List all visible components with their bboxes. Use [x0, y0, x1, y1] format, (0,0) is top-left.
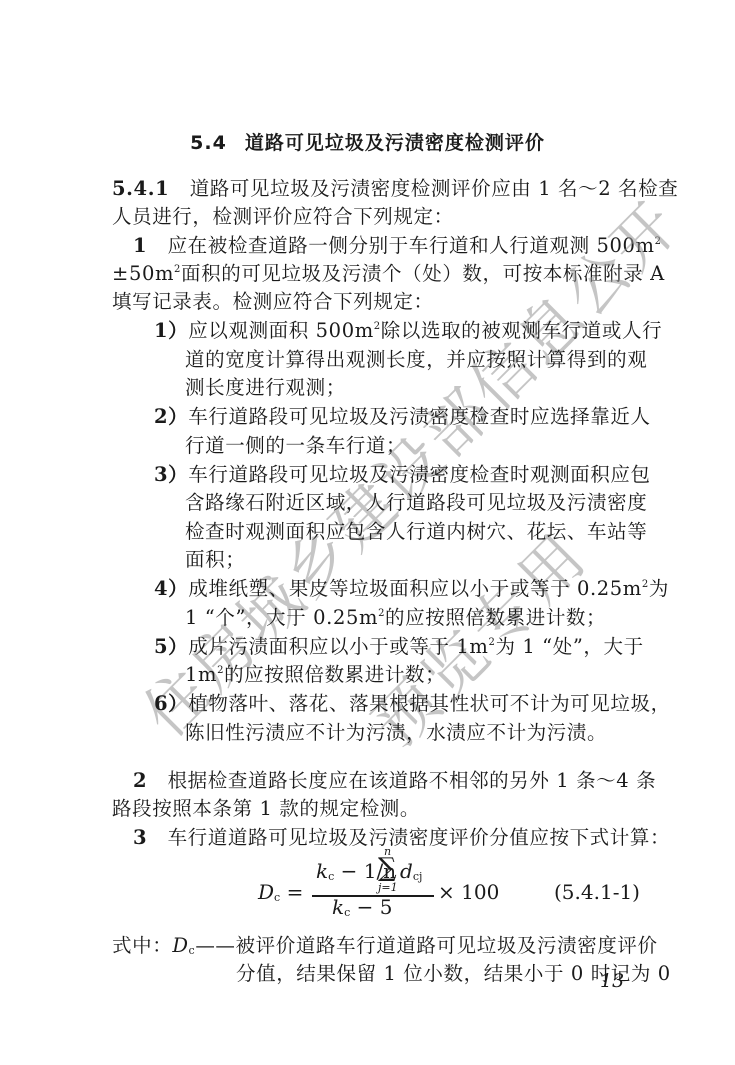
sub-item-text: 成堆纸塑、果皮等垃圾面积应以小于或等于 0.25m	[188, 577, 642, 600]
sub-item-label: 5）	[154, 635, 188, 658]
var-k: k	[316, 859, 328, 883]
section-title-text: 道路可见垃圾及污渍密度检测评价	[245, 132, 545, 154]
clause-line-1: 5.4.1 道路可见垃圾及污渍密度检测评价应由 1 名～2 名检查	[112, 176, 678, 202]
superscript: 2	[174, 264, 181, 275]
section-title: 5.4道路可见垃圾及污渍密度检测评价	[0, 128, 735, 155]
where-text-1: 被评价道路车行道道路可见垃圾及污渍密度评价	[236, 934, 658, 957]
sub-item-label: 6）	[154, 692, 188, 715]
sub-item-3-line-3: 检查时观测面积应包含人行道内树穴、花坛、车站等	[185, 519, 647, 545]
item2-text: 根据检查道路长度应在该道路不相邻的另外 1 条～4 条	[168, 769, 657, 792]
item1-number: 1	[133, 234, 147, 257]
sub-item-6-line-2: 陈旧性污渍应不计为污渍，水渍应不计为污渍。	[185, 720, 607, 746]
sub-item-text: 的应按照倍数累进计数；	[224, 663, 445, 686]
sub-item-label: 2）	[154, 405, 188, 428]
where-prefix: 式中：	[112, 934, 172, 957]
where-symbol: D	[172, 934, 188, 957]
formula: Dc = kc − 1/n n ∑ j=1 dcj kc − 5 × 100 (…	[258, 855, 678, 925]
sub-item-4-line-1: 4）成堆纸塑、果皮等垃圾面积应以小于或等于 0.25m2为	[154, 576, 669, 602]
sub-item-text: 植物落叶、落花、落果根据其性状可不计为可见垃圾，	[188, 692, 670, 715]
sub-item-text: 为	[649, 577, 669, 600]
item2-line-2: 路段按照本条第 1 款的规定检测。	[112, 796, 420, 822]
sub-item-2-line-1: 2）车行道路段可见垃圾及污渍密度检查时应选择靠近人	[154, 404, 651, 430]
sub-item-1-line-1: 1）应以观测面积 500m2除以选取的被观测车行道或人行	[154, 318, 662, 344]
superscript: 2	[378, 608, 385, 619]
item1-text: 应在被检查道路一侧分别于车行道和人行道观测 500m	[168, 234, 655, 257]
sub-item-text: 检查时观测面积应包含人行道内树穴、花坛、车站等	[185, 520, 647, 543]
sub-item-text: 测长度进行观测；	[185, 376, 346, 399]
sub-item-1-line-3: 测长度进行观测；	[185, 375, 346, 401]
sub-item-text: 车行道路段可见垃圾及污渍密度检查时应选择靠近人	[188, 405, 650, 428]
sub-item-text: 的应按照倍数累进计数；	[385, 606, 606, 629]
item3-text: 车行道道路可见垃圾及污渍密度评价分值应按下式计算：	[168, 826, 671, 849]
sub-c: c	[274, 891, 280, 904]
item2-line-1: 2 根据检查道路长度应在该道路不相邻的另外 1 条～4 条	[133, 768, 656, 794]
formula-lhs: Dc =	[258, 880, 303, 904]
sub-item-1-line-2: 道的宽度计算得出观测长度，并应按照计算得到的观	[185, 347, 647, 373]
em-dash: ——	[195, 934, 235, 957]
equation-number: (5.4.1-1)	[554, 880, 640, 904]
sub-item-text: 陈旧性污渍应不计为污渍，水渍应不计为污渍。	[185, 721, 607, 744]
clause-line-2: 人员进行，检测评价应符合下列规定：	[112, 204, 454, 230]
sub-item-label: 3）	[154, 463, 188, 486]
item2-number: 2	[133, 769, 147, 792]
var-d: d	[400, 859, 413, 883]
equals-sign: =	[287, 880, 304, 904]
item1-line-3: 填写记录表。检测应符合下列规定：	[112, 289, 434, 315]
sub-item-4-line-2: 1 “个”，大于 0.25m2的应按照倍数累进计数；	[185, 605, 606, 631]
formula-times: × 100	[438, 880, 499, 904]
superscript: 2	[642, 579, 649, 590]
sub-item-label: 4）	[154, 577, 188, 600]
sigma-symbol: ∑	[378, 855, 397, 881]
denominator-rest: − 5	[350, 895, 392, 919]
var-k: k	[332, 895, 344, 919]
sub-item-3-line-1: 3）车行道路段可见垃圾及污渍密度检查时观测面积应包	[154, 462, 651, 488]
sub-item-text: 道的宽度计算得出观测长度，并应按照计算得到的观	[185, 348, 647, 371]
superscript: 2	[655, 236, 662, 247]
section-number: 5.4	[190, 132, 227, 154]
sub-item-5-line-2: 1m2的应按照倍数累进计数；	[185, 662, 445, 688]
document-page: 5.4道路可见垃圾及污渍密度检测评价 5.4.1 道路可见垃圾及污渍密度检测评价…	[0, 0, 735, 1065]
var-D: D	[258, 880, 274, 904]
sub-item-text: 车行道路段可见垃圾及污渍密度检查时观测面积应包	[188, 463, 650, 486]
sub-item-3-line-2: 含路缘石附近区域，人行道路段可见垃圾及污渍密度	[185, 490, 647, 516]
superscript: 2	[374, 321, 381, 332]
sub-item-6-line-1: 6）植物落叶、落花、落果根据其性状可不计为可见垃圾，	[154, 691, 671, 717]
sub-item-label: 1）	[154, 319, 188, 342]
sub-item-text: 面积；	[185, 548, 245, 571]
sub-item-text: 为 1 “处”，大于	[495, 635, 643, 658]
sub-item-text: 1m	[185, 663, 217, 686]
sub-item-text: 含路缘石附近区域，人行道路段可见垃圾及污渍密度	[185, 491, 647, 514]
sub-item-text: 成片污渍面积应以小于或等于 1m	[188, 635, 488, 658]
clause-text: 道路可见垃圾及污渍密度检测评价应由 1 名～2 名检查	[190, 177, 679, 200]
item1-text-2b: 面积的可见垃圾及污渍个（处）数，可按本标准附录 A	[181, 262, 665, 285]
item1-line-2: ±50m2面积的可见垃圾及污渍个（处）数，可按本标准附录 A	[112, 261, 665, 287]
clause-number: 5.4.1	[112, 177, 169, 200]
item1-text-2a: ±50m	[112, 262, 174, 285]
item1-line-1: 1 应在被检查道路一侧分别于车行道和人行道观测 500m2	[133, 233, 662, 259]
sub-item-text: 应以观测面积 500m	[188, 319, 374, 342]
sub-item-text: 行道一侧的一条车行道；	[185, 434, 406, 457]
formula-denominator: kc − 5	[332, 895, 393, 919]
sigma-lower: j=1	[378, 881, 398, 894]
formula-dcj: dcj	[400, 859, 422, 883]
item3-line-1: 3 车行道道路可见垃圾及污渍密度评价分值应按下式计算：	[133, 825, 670, 851]
sub-cj: cj	[413, 870, 423, 883]
sub-item-2-line-2: 行道一侧的一条车行道；	[185, 433, 406, 459]
page-number: 13	[600, 970, 624, 992]
where-line-1: 式中：Dc——被评价道路车行道道路可见垃圾及污渍密度评价	[112, 933, 658, 964]
item3-number: 3	[133, 826, 147, 849]
sub-item-3-line-4: 面积；	[185, 547, 245, 573]
sub-item-text: 1 “个”，大于 0.25m	[185, 606, 378, 629]
sub-item-5-line-1: 5）成片污渍面积应以小于或等于 1m2为 1 “处”，大于	[154, 634, 644, 660]
sub-item-text: 除以选取的被观测车行道或人行	[381, 319, 662, 342]
